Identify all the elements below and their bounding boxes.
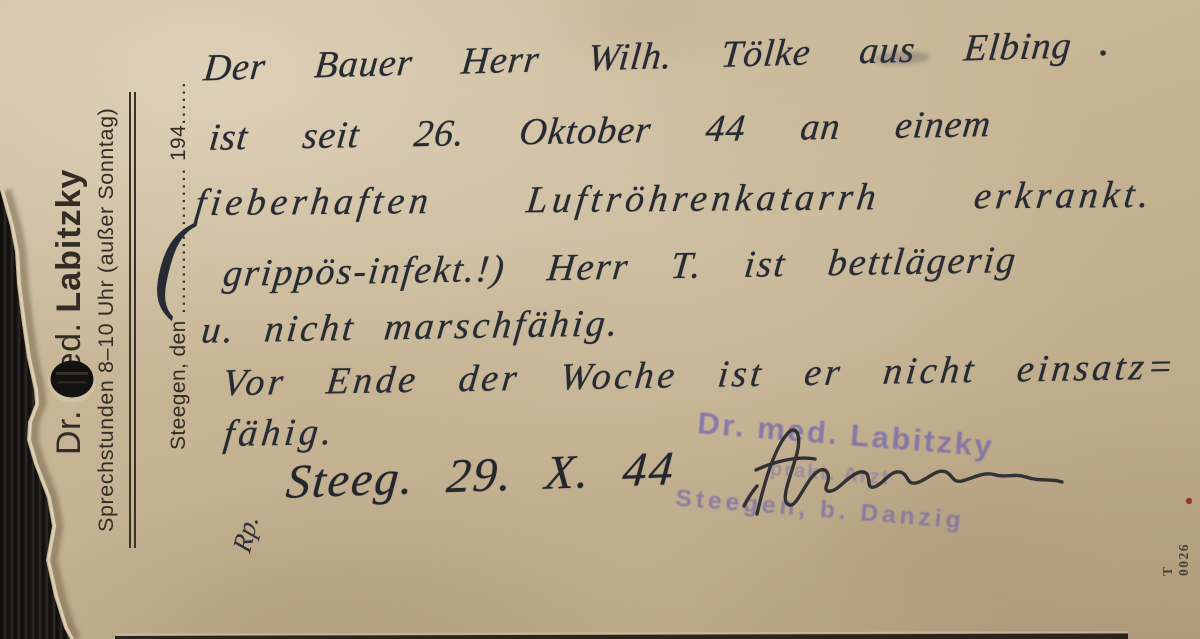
dotted-leader-2: ...... xyxy=(167,81,190,125)
handwriting-line-6: Vor Ende der Woche ist er nicht einsatz= xyxy=(221,348,1179,403)
handwriting-line-2: ist seit 26. Oktober 44 an einem xyxy=(207,105,993,157)
handwriting-line-5: u. nicht marschfähig. xyxy=(200,304,623,349)
handwriting-date-line: Steeg. 29. X. 44 xyxy=(284,445,677,506)
ink-speck xyxy=(1100,50,1106,56)
stamp-place-line: Steegen, b. Danzig xyxy=(674,485,965,536)
bottom-edge-dark-strip xyxy=(115,634,1128,639)
year-prefix: 194 xyxy=(167,125,190,161)
place-date-label: Steegen, den xyxy=(167,320,190,450)
stamp-practitioner-line: prakt. Arzt xyxy=(769,458,891,490)
letterhead-office-hours: Sprechstunden 8–10 Uhr (außer Sonntag) xyxy=(94,108,119,532)
red-speck xyxy=(1186,498,1192,504)
doctor-title-prefix: Dr. med. xyxy=(50,313,88,455)
bottom-edge-highlight xyxy=(115,632,1128,635)
handwriting-line-4: grippös-infekt.!) Herr T. ist bettlägeri… xyxy=(221,241,1019,293)
stamp-doctor-name: Dr. med. Labitzky xyxy=(696,405,995,464)
form-serial-number: T 0026 xyxy=(1160,536,1192,576)
scanned-doctor-note: { "letterhead": { "name_prefix": "Dr. me… xyxy=(0,0,1200,639)
letterhead-doctor-name: Dr. med. Labitzky xyxy=(50,169,89,455)
rp-prescription-label: Rp. xyxy=(227,510,265,556)
letterhead-double-rule xyxy=(129,92,136,548)
handwriting-line-1: Der Bauer Herr Wilh. Tölke aus Elbing xyxy=(202,27,1074,88)
handwriting-line-3: fieberhaften Luftröhrenkatarrh erkrankt. xyxy=(193,176,1155,222)
handwriting-line-7: fähig. xyxy=(222,413,338,453)
doctor-ink-stamp: Dr. med. Labitzky prakt. Arzt Steegen, b… xyxy=(674,404,1062,553)
doctor-surname: Labitzky xyxy=(50,169,88,313)
